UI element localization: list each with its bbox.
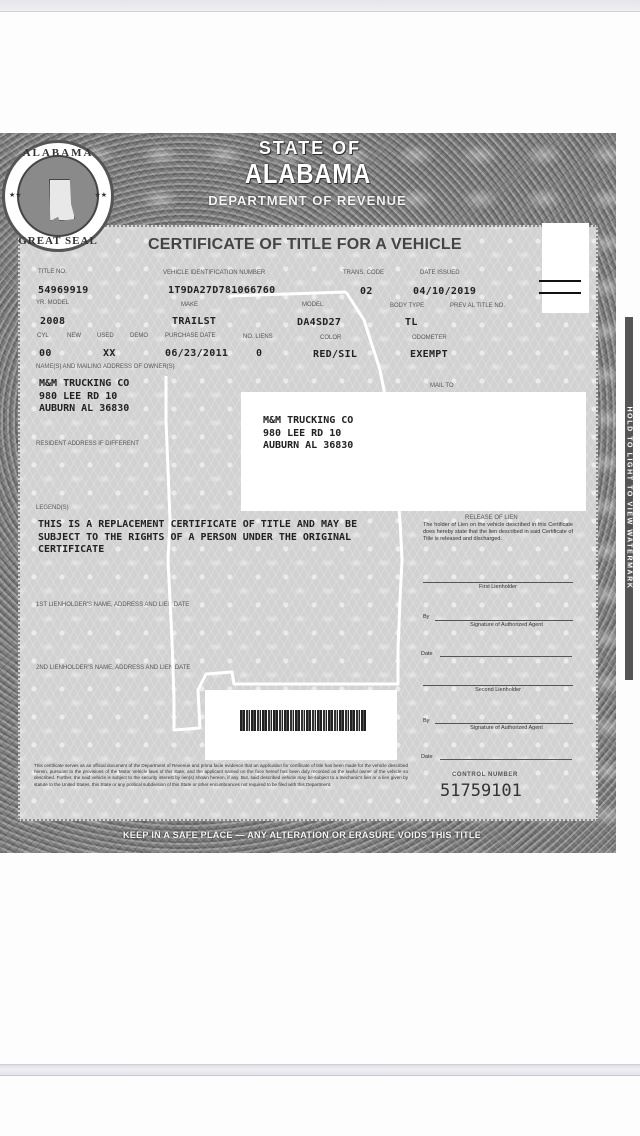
safe-keeping-warning: KEEP IN A SAFE PLACE — ANY ALTERATION OR… [118,830,486,840]
date-line [440,656,572,657]
owner-address: M&M TRUCKING CO 980 LEE RD 10 AUBURN AL … [39,378,129,416]
date-issued-label: Date Issued [420,270,460,276]
odometer-value: EXEMPT [410,349,448,360]
viewer-top-bar [0,0,640,12]
resident-address-label: Resident Address if Different [36,441,139,447]
mail-to-address: M&M TRUCKING CO 980 LEE RD 10 AUBURN AL … [263,415,353,453]
star-icon: ★★ [9,191,22,199]
model-label: Model [302,302,323,308]
legal-fine-print: This certificate serves as an official d… [34,763,408,788]
no-liens-label: No. Liens [243,334,273,340]
mail-to-label: Mail To [430,383,454,389]
by-label-2: By [423,718,429,724]
alabama-great-seal-icon: ALABAMA ★★ ★★ GREAT SEAL [2,140,114,252]
signature-caption-2: Signature of Authorized Agent [440,725,573,731]
date-issued-value: 04/10/2019 [413,286,476,297]
legend-text: THIS IS A REPLACEMENT CERTIFICATE OF TIT… [38,519,357,557]
odometer-label: Odometer [412,335,447,341]
first-lienholder-label: 1st Lienholder's Name, Address and Lien … [36,602,189,608]
owner-name: M&M TRUCKING CO [39,378,129,391]
signature-line-2 [435,723,573,724]
body-type-label: Body Type [390,303,424,309]
owner-label: Name(s) and Mailing Address of Owner(s) [36,364,175,370]
by-label: By [423,614,429,620]
date-line-2 [440,759,572,760]
seal-bottom-text: GREAT SEAL [5,235,111,247]
vin-label: Vehicle Identification Number [163,270,265,276]
date-label: Date [421,651,433,657]
color-value: RED/SIL [313,349,357,360]
mail-to-name: M&M TRUCKING CO [263,415,353,428]
date-label-2: Date [421,754,433,760]
first-lienholder-caption: First Lienholder [423,584,573,590]
mail-to-street: 980 LEE RD 10 [263,428,353,441]
legend-line: THIS IS A REPLACEMENT CERTIFICATE OF TIT… [38,519,357,532]
alabama-map-icon [49,179,75,221]
body-type-value: TL [405,317,418,328]
mail-to-city: AUBURN AL 36830 [263,440,353,453]
viewer-bottom-bar [0,1064,640,1076]
signature-caption: Signature of Authorized Agent [440,622,573,628]
barcode-icon [240,710,367,731]
demo-label: Demo [130,333,148,339]
second-lienholder-line [423,685,573,686]
cyl-value: 00 [39,348,52,359]
state-name-heading: ALABAMA [232,158,385,190]
no-liens-value: 0 [256,348,262,359]
state-of-heading: STATE OF [250,138,370,159]
department-heading: DEPARTMENT OF REVENUE [195,193,420,208]
release-of-lien-title: Release of Lien [465,515,518,521]
second-lienholder-caption: Second Lienholder [423,687,573,693]
make-label: Make [181,302,198,308]
title-no-value: 54969919 [38,285,89,296]
star-icon: ★★ [94,191,107,199]
trans-code-value: 02 [360,286,373,297]
first-lienholder-line [423,582,573,583]
purchase-date-value: 06/23/2011 [165,348,228,359]
control-number-value: 51759101 [440,781,522,801]
watermark-instruction: HOLD TO LIGHT TO VIEW WATERMARK [626,407,633,590]
model-value: DA4SD27 [297,317,341,328]
certificate-title: CERTIFICATE OF TITLE FOR A VEHICLE [148,236,468,254]
seal-ring [17,155,99,237]
owner-street: 980 LEE RD 10 [39,391,129,404]
yr-model-label: Yr. Model [36,300,69,306]
control-number-label: CONTROL NUMBER [452,772,518,778]
used-value: XX [103,348,116,359]
legend-label: Legend(s) [36,505,69,511]
cyl-label: Cyl [37,333,49,339]
new-label: New [67,333,81,339]
owner-city: AUBURN AL 36830 [39,403,129,416]
title-no-label: Title No. [38,269,67,275]
release-of-lien-text: The holder of Lien on the vehicle descri… [423,522,573,543]
signature-line [435,620,573,621]
legend-line: SUBJECT TO THE RIGHTS OF A PERSON UNDER … [38,532,357,545]
registration-marks [539,280,581,304]
prev-title-label: Prev AL Title No. [450,303,505,309]
vin-value: 1T9DA27D781066760 [168,285,275,296]
yr-model-value: 2008 [40,316,65,327]
purchase-date-label: Purchase Date [165,333,216,339]
legend-line: CERTIFICATE [38,544,357,557]
used-label: Used [97,333,114,339]
trans-code-label: Trans. Code [343,270,384,276]
make-value: TRAILST [172,316,216,327]
second-lienholder-label: 2nd Lienholder's Name, Address and Lien … [36,665,190,671]
color-label: Color [320,335,341,341]
